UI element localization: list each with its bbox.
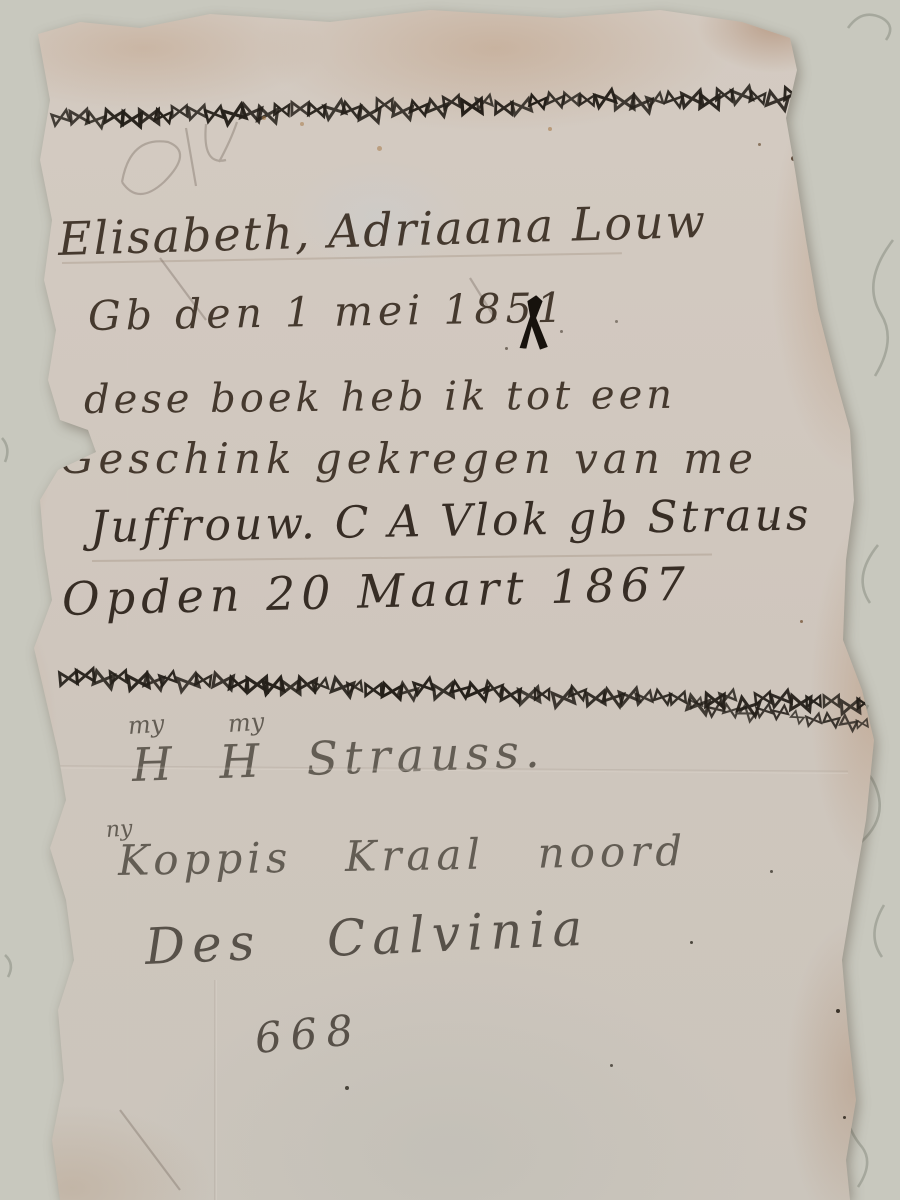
handwriting-line-date-1867: Opden 20 Maart 1867 — [61, 561, 691, 622]
handwriting-line-strauss: H H Strauss. — [131, 728, 546, 788]
handwriting-line-dese-boek: dese boek heb ik tot een — [84, 375, 676, 420]
glued-paper-wrap: ⋈⋈⋈⋈⋈⋈⋈⋈⋈⋈⋈⋈⋈⋈⋈⋈⋈⋈⋈⋈⋈⋈⋈⋈⋈⋈⋈⋈⋈⋈⋈⋈⋈⋈⋈⋈⋈⋈⋈⋈… — [0, 0, 900, 1200]
speckle — [843, 1116, 846, 1119]
speckle — [690, 941, 693, 944]
speckle — [610, 1064, 613, 1067]
pencil-annotation-my-left: my — [127, 711, 165, 737]
speckle — [866, 1161, 870, 1165]
speckle — [300, 122, 304, 126]
speckle — [396, 2, 402, 8]
handwriting-line-koppis: Koppis Kraal noord — [118, 830, 688, 882]
pencil-annotation-my-right: my — [227, 709, 265, 735]
handwriting-line-birthdate: Gb den 1 mei 1851 — [88, 288, 568, 337]
speckle — [560, 330, 563, 333]
speckle — [803, 177, 807, 181]
paper-crease-vertical — [214, 980, 217, 1200]
manuscript-photo: ⋈⋈⋈⋈⋈⋈⋈⋈⋈⋈⋈⋈⋈⋈⋈⋈⋈⋈⋈⋈⋈⋈⋈⋈⋈⋈⋈⋈⋈⋈⋈⋈⋈⋈⋈⋈⋈⋈⋈⋈… — [0, 0, 900, 1200]
speckle — [791, 156, 796, 161]
speckle — [548, 127, 552, 131]
speckle — [22, 4, 30, 12]
speckle — [118, 2, 124, 8]
speckle — [836, 1009, 840, 1013]
speckle — [770, 870, 773, 873]
speckle — [505, 347, 508, 350]
speckle — [345, 1086, 349, 1090]
speckle — [758, 143, 761, 146]
paper: ⋈⋈⋈⋈⋈⋈⋈⋈⋈⋈⋈⋈⋈⋈⋈⋈⋈⋈⋈⋈⋈⋈⋈⋈⋈⋈⋈⋈⋈⋈⋈⋈⋈⋈⋈⋈⋈⋈⋈⋈… — [0, 0, 900, 1200]
handwriting-line-number: 668 — [253, 1009, 363, 1060]
speckle — [64, 10, 69, 15]
handwriting-line-geschink: Geschink gekregen van me — [60, 438, 758, 480]
speckle — [857, 1046, 861, 1050]
speckle — [800, 620, 803, 623]
speckle — [770, 23, 773, 26]
speckle — [377, 146, 382, 151]
speckle — [770, 520, 773, 523]
handwriting-line-juffrouw: Juffrouw. C A Vlok gb Straus — [90, 493, 812, 550]
speckle — [262, 116, 266, 120]
speckle — [615, 320, 618, 323]
